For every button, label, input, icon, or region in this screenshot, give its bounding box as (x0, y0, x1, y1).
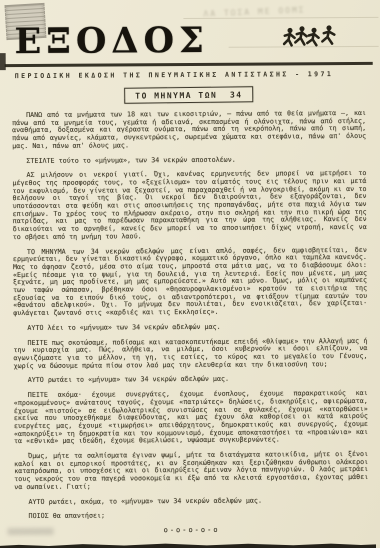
body-paragraph: ΑΥΤΟ ρωτάει το «μήνυμα» των 34 νεκρών αδ… (14, 375, 368, 385)
body-paragraph: ΤΟ ΜΗΝΥΜΑ των 34 νεκρών αδελφών μας είνα… (13, 246, 367, 317)
body-paragraph: Όμως, μήτε τα σαλπίσματα έγιναν ψωμί, μή… (14, 451, 368, 492)
body-paragraph: ΑΥΤΟ λέει το «μήνυμα» των 34 νεκρών αδελ… (13, 323, 367, 333)
binder-edge-mark (0, 53, 6, 70)
publication-title: ΕΞΟΔΟΣ (14, 22, 208, 61)
masthead: ΕΞΟΔΟΣ (14, 21, 364, 61)
body-paragraph: ΑΥΤΟ ρωτάει, ακόμα, το «μήνυμα» των 34 ν… (14, 496, 368, 506)
page-content: ΛΑ ΤΩΣΑ ΜΕ ΟΟΜΣ ΕΞΟΔΟΣ (0, 0, 380, 548)
body-paragraph: ΠΕΙΤΕ ακόμα· έχουμε συνεργάτες, έχουμε έ… (14, 390, 368, 446)
body-paragraph: ΑΣ μιλήσουν οι νεκροί γιατί. Όχι, κανένα… (12, 170, 366, 241)
masthead-divider (5, 62, 373, 67)
scan-smudge (8, 528, 54, 535)
body-paragraph: ΠΑΝΩ από τα μνήματα των 18 και των εικοσ… (12, 110, 366, 151)
scanned-page: ΛΑ ΤΩΣΑ ΜΕ ΟΟΜΣ ΕΞΟΔΟΣ (0, 0, 380, 548)
body-text: ΠΑΝΩ από τα μνήματα των 18 και των εικοσ… (12, 110, 369, 536)
publication-subtitle: ΠΕΡΙΟΔΙΚΗ ΕΚΔΟΣΗ ΤΗΣ ΠΝΕΥΜΑΤΙΚΗΣ ΑΝΤΙΣΤΑ… (15, 70, 334, 80)
running-figures-icon (282, 24, 336, 55)
end-separator: ο-ο-ο-ο-ο (15, 526, 369, 536)
issue-title-box: ΤΟ ΜΗΝΥΜΑ ΤΩΝ 34 (124, 86, 254, 103)
body-paragraph: ΣΤΕΙΛΤΕ τούτο το «μήνυμα», των 34 νεκρών… (12, 155, 366, 165)
body-paragraph: ΠΕΙΤΕ πως σκοτώσαμε, ποδίσαμε και κατασκ… (13, 337, 367, 370)
body-paragraph: ΠΟΙΟΣ θα απαντήσει; (14, 511, 368, 521)
